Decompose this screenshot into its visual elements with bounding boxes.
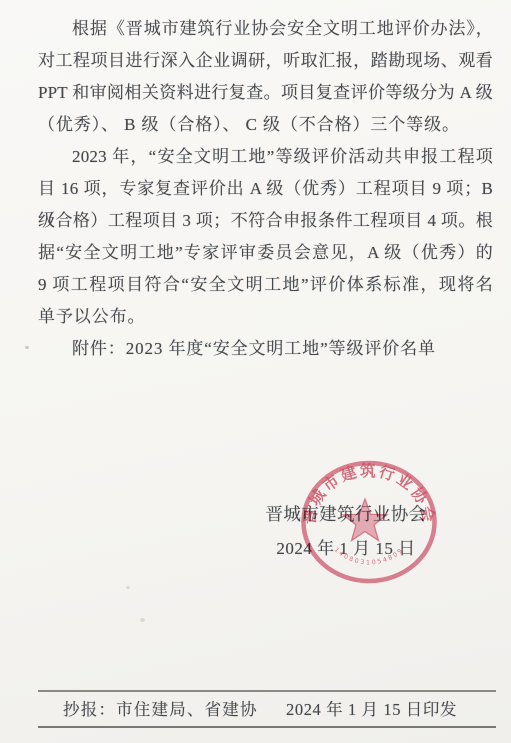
body-line: 根据《晋城市建筑行业协会安全文明工地评价办法》， [38, 13, 493, 45]
document-body: 根据《晋城市建筑行业协会安全文明工地评价办法》， 对工程项目进行深入企业调研，听… [38, 13, 493, 365]
body-line: 据“安全文明工地”专家评审委员会意见，A 级（优秀）的 [38, 237, 493, 269]
body-line: （优秀）、 B 级（合格）、 C 级（不合格）三个等级。 [38, 109, 493, 141]
seal-serial-number: 1408031054809 [333, 546, 406, 566]
footer-print-date: 2024 年 1 月 15 日印发 [286, 698, 457, 722]
footer-divider-top [38, 690, 496, 692]
official-seal-stamp: 晋城市建筑行业协会 1408031054809 [295, 456, 443, 588]
body-line: （合格）工程项目 3 项；不符合申报条件工程项目 4 项。根 [38, 205, 493, 237]
seal-serial-container: 1408031054809 [333, 546, 406, 566]
body-line: 对工程项目进行深入企业调研，听取汇报，踏勘现场、观看 [38, 45, 493, 77]
body-line: 目 16 项，专家复查评价出 A 级（优秀）工程项目 9 项；B 级 [38, 173, 493, 205]
scanned-document-page: 根据《晋城市建筑行业协会安全文明工地评价办法》， 对工程项目进行深入企业调研，听… [0, 0, 511, 743]
body-line: 9 项工程项目符合“安全文明工地”评价体系标准，现将名 [38, 269, 493, 301]
scan-speck [25, 346, 29, 349]
scan-speck [126, 586, 130, 589]
footer-divider-bottom [38, 726, 496, 728]
body-line: 单予以公布。 [38, 301, 493, 333]
body-line: 2023 年，“安全文明工地”等级评价活动共申报工程项 [38, 141, 493, 173]
star-icon [343, 499, 387, 541]
body-line: PPT 和审阅相关资料进行复查。项目复查评价等级分为 A 级 [38, 77, 493, 109]
scan-speck [140, 618, 145, 622]
footer-copy-to: 抄报：市住建局、省建协 [63, 698, 258, 722]
attachment-line: 附件：2023 年度“安全文明工地”等级评价名单 [38, 333, 493, 365]
